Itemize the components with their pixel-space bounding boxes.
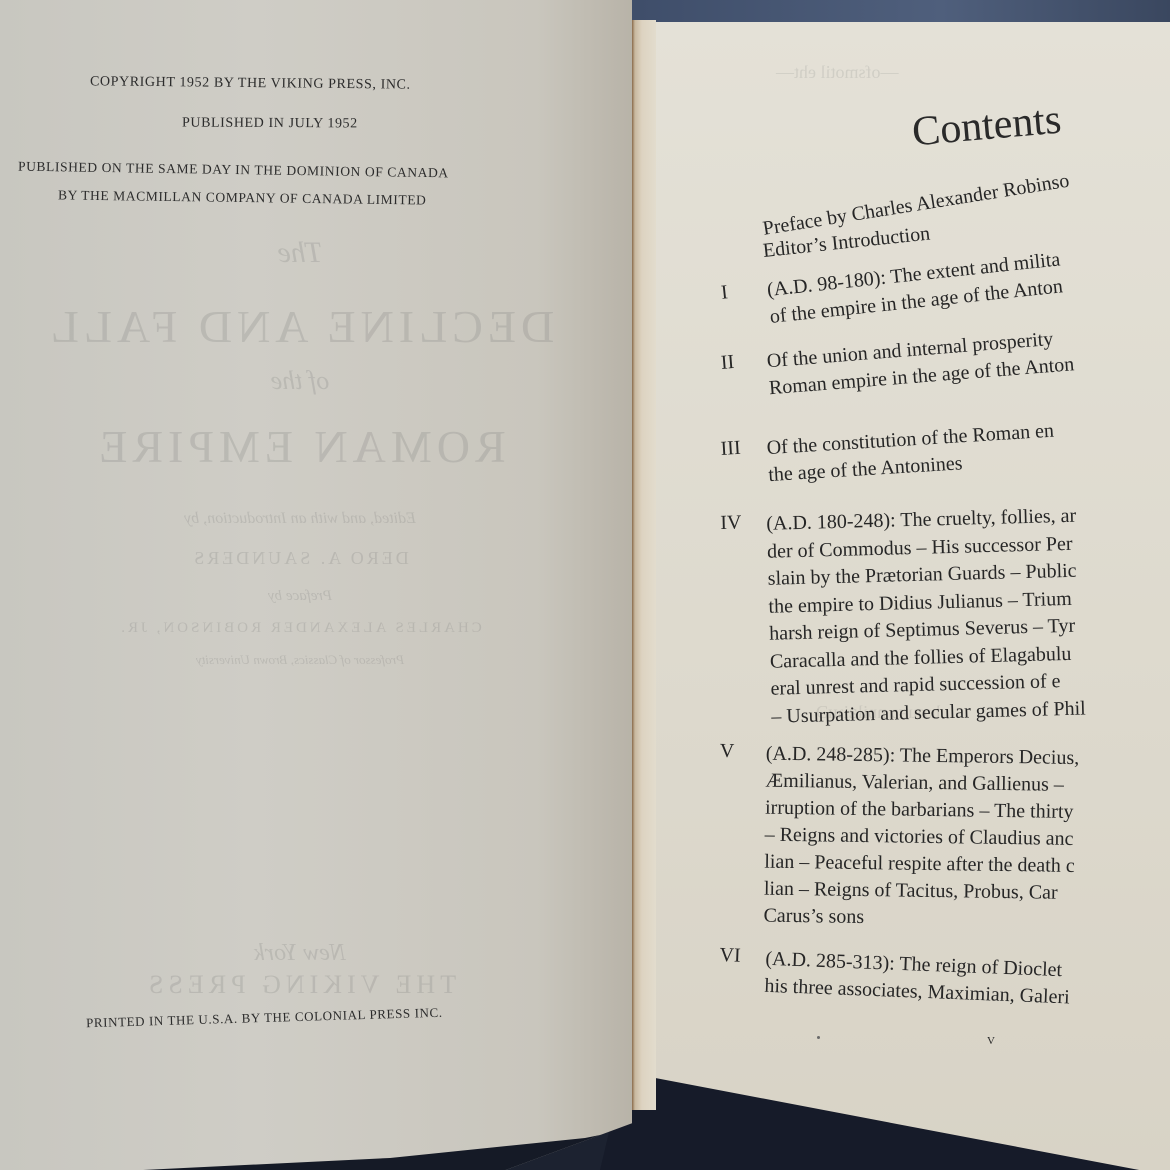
bleed-through-text: DERO A. SAUNDERS (0, 548, 600, 569)
chapter-numeral: VI (719, 944, 760, 969)
published-date-line: PUBLISHED IN JULY 1952 (182, 116, 358, 133)
page-title: Contents (910, 96, 1063, 157)
copyright-line: COPYRIGHT 1952 BY THE VIKING PRESS, INC. (90, 74, 411, 93)
copyright-page: The DECLINE AND FALL of the ROMAN EMPIRE… (0, 0, 632, 1170)
toc-entry-iv: IV (A.D. 180-248): The cruelty, follies,… (720, 500, 1170, 512)
contents-page: Contents Preface by Charles Alexander Ro… (690, 0, 1170, 1170)
open-book-photo: The DECLINE AND FALL of the ROMAN EMPIRE… (0, 0, 1170, 1170)
entry-line: Carus’s sons (763, 903, 1170, 936)
book-gutter (632, 20, 656, 1110)
page-curl-shadow (0, 1070, 650, 1170)
bleed-through-text: THE VIKING PRESS (0, 970, 600, 1000)
chapter-numeral: IV (720, 511, 761, 535)
toc-entry-vi: VI (A.D. 285-313): The reign of Dioclet … (720, 944, 1170, 962)
toc-entry-v: V (A.D. 248-285): The Emperors Decius, Æ… (720, 740, 1170, 746)
printer-line: PRINTED IN THE U.S.A. BY THE COLONIAL PR… (86, 1005, 443, 1032)
paper-speck (817, 1036, 820, 1039)
bleed-through-text: Edited, and with an Introduction, by (0, 510, 600, 528)
bleed-through-text: Preface by (0, 588, 600, 605)
chapter-numeral: I (720, 278, 762, 305)
bleed-through-text: New York (0, 940, 600, 967)
chapter-numeral: II (720, 349, 762, 375)
canada-publication-line: PUBLISHED ON THE SAME DAY IN THE DOMINIO… (18, 159, 449, 182)
toc-entry-iii: III Of the constitution of the Roman en … (720, 410, 1170, 438)
bleed-through-text: DECLINE AND FALL (0, 300, 600, 353)
chapter-numeral: V (720, 740, 760, 764)
bleed-through-text: ROMAN EMPIRE (0, 420, 600, 473)
page-number: v (987, 1032, 995, 1049)
bleed-through-text: The (0, 236, 600, 270)
chapter-numeral: III (720, 436, 761, 461)
canada-publisher-line: BY THE MACMILLAN COMPANY OF CANADA LIMIT… (58, 187, 427, 208)
bleed-through-text: Professor of Classics, Brown University (0, 652, 600, 668)
bleed-through-text: CHARLES ALEXANDER ROBINSON, JR. (0, 620, 600, 637)
bleed-through-text: of the (0, 366, 600, 396)
